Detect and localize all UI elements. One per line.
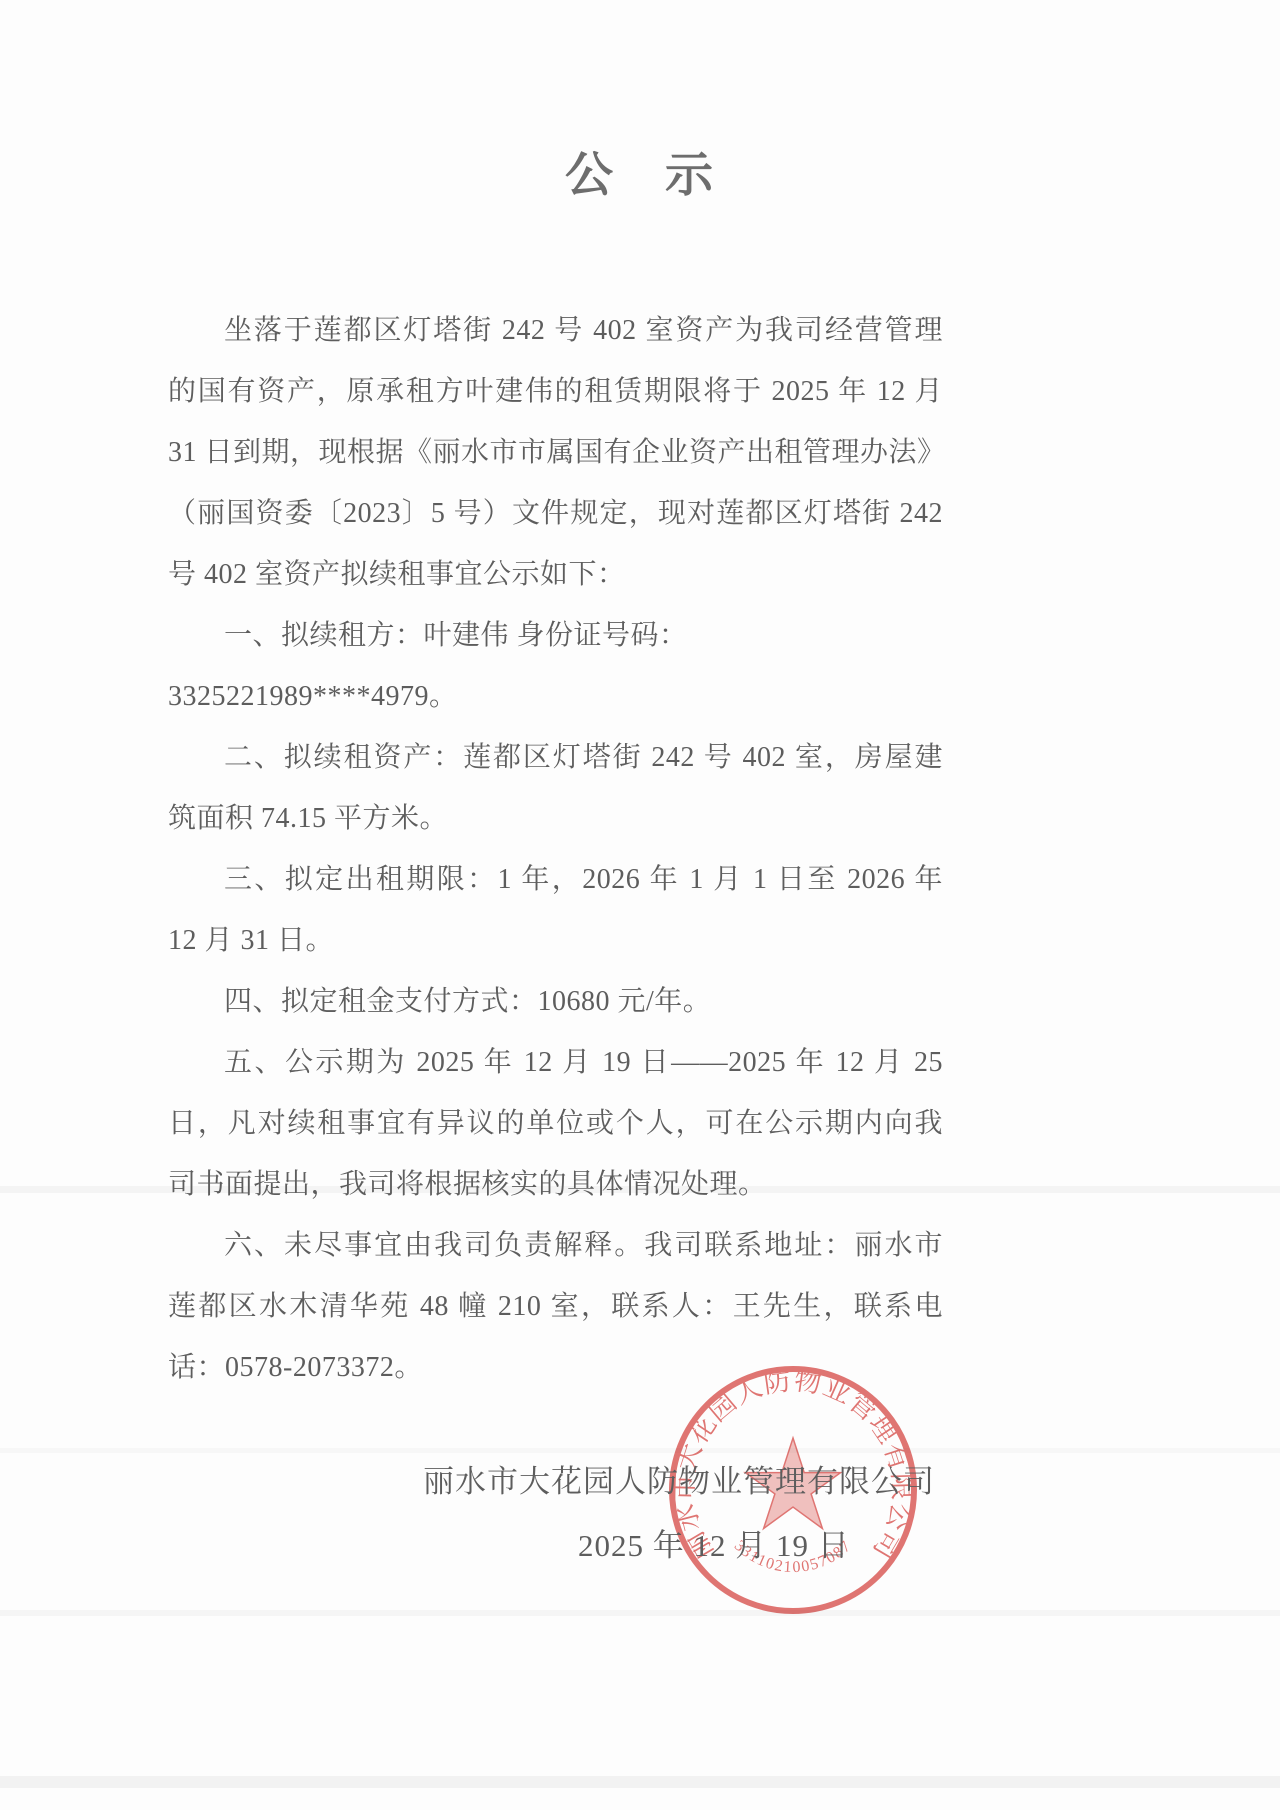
body-line: 号 402 室资产拟续租事宜公示如下： — [168, 544, 943, 605]
scan-artifact — [0, 1610, 1280, 1616]
page-title: 公 示 — [0, 136, 1280, 205]
signature-company: 丽水市大花园人防物业管理有限公司 — [423, 1456, 935, 1501]
body-line: （丽国资委〔2023〕5 号）文件规定，现对莲都区灯塔街 242 — [168, 483, 943, 544]
body-line: 四、拟定租金支付方式：10680 元/年。 — [168, 971, 943, 1032]
body-line: 二、拟续租资产：莲都区灯塔街 242 号 402 室，房屋建 — [168, 727, 943, 788]
body-line: 莲都区水木清华苑 48 幢 210 室，联系人：王先生，联系电 — [168, 1276, 943, 1337]
body-line: 三、拟定出租期限：1 年，2026 年 1 月 1 日至 2026 年 — [168, 849, 943, 910]
body-line: 的国有资产，原承租方叶建伟的租赁期限将于 2025 年 12 月 — [168, 361, 943, 422]
body-line: 司书面提出，我司将根据核实的具体情况处理。 — [168, 1154, 943, 1215]
notice-body: 坐落于莲都区灯塔街 242 号 402 室资产为我司经营管理 的国有资产，原承租… — [168, 300, 943, 1398]
signature-date: 2025 年 12 月 19 日 — [578, 1520, 850, 1565]
scan-artifact — [0, 1448, 1280, 1453]
body-line: 筑面积 74.15 平方米。 — [168, 788, 943, 849]
body-line: 六、未尽事宜由我司负责解释。我司联系地址：丽水市 — [168, 1215, 943, 1276]
document-page: 公 示 坐落于莲都区灯塔街 242 号 402 室资产为我司经营管理 的国有资产… — [0, 0, 1280, 1810]
body-line: 12 月 31 日。 — [168, 910, 943, 971]
body-line: 31 日到期，现根据《丽水市市属国有企业资产出租管理办法》 — [168, 422, 943, 483]
body-line: 坐落于莲都区灯塔街 242 号 402 室资产为我司经营管理 — [168, 300, 943, 361]
scan-artifact — [0, 1776, 1280, 1788]
body-line: 一、拟续租方：叶建伟 身份证号码： — [168, 605, 943, 666]
body-line: 日，凡对续租事宜有异议的单位或个人，可在公示期内向我 — [168, 1093, 943, 1154]
body-line: 五、公示期为 2025 年 12 月 19 日——2025 年 12 月 25 — [168, 1032, 943, 1093]
body-line: 3325221989****4979。 — [168, 666, 943, 727]
